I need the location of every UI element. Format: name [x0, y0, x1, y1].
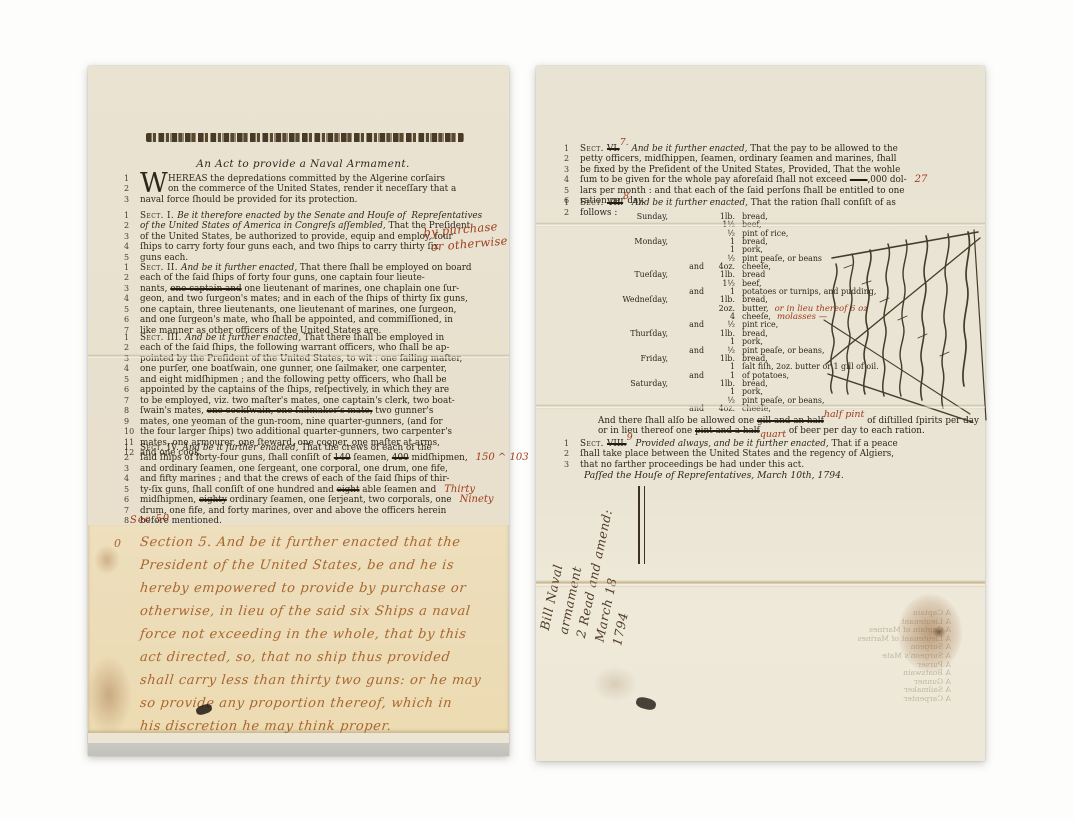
bleedthrough-lines: A CaptainA LieutenantA Captain of Marine…: [739, 583, 951, 703]
fold-crease: [536, 222, 985, 227]
paper-edge-strip: [88, 733, 509, 743]
text-line: 2petty officers, midſhippen, ſeamen, ord…: [564, 154, 927, 164]
section-2: 1Sect. II. And be it further enacted, Th…: [124, 263, 480, 336]
fold-crease: [536, 580, 985, 587]
photograph-of-document: An Act to provide a Naval Armament. W 1 …: [0, 0, 1074, 820]
section-5-handwritten-lines: Section 5. And be it further enacted tha…: [140, 531, 481, 738]
text-line: 1Sect. III. And be it further enacted, T…: [124, 333, 470, 343]
fold-crease: [536, 404, 985, 409]
section-3-lines: 1Sect. III. And be it further enacted, T…: [124, 333, 470, 458]
text-line: 1Sect. VI.7. And be it further enacted, …: [564, 144, 927, 154]
handwritten-line: hereby empowered to provide by purchase …: [139, 577, 483, 600]
handwritten-line: President of the United States, be and h…: [139, 554, 483, 577]
text-line: 4one purſer, one boatſwain, one gunner, …: [124, 364, 470, 374]
handwritten-line: otherwise, in lieu of the said six Ships…: [139, 600, 483, 623]
text-line: 5and eight midſhipmen ; and the followin…: [124, 375, 470, 385]
handwritten-line: force not exceeding in the whole, that b…: [139, 623, 483, 646]
docket-note-rotated: Bill Navalarmament2 Read and amend:March…: [536, 413, 672, 647]
bleedthrough-pay-list: A CaptainA LieutenantA Captain of Marine…: [739, 566, 951, 721]
handwritten-line: shall carry less than thirty two guns: o…: [139, 669, 483, 692]
text-line: 2each of the ſaid ſhips, the following w…: [124, 343, 470, 353]
fold-crease: [88, 354, 509, 359]
handwritten-line: Section 5. And be it further enacted tha…: [139, 531, 483, 554]
docket-note-lines: Bill Navalarmament2 Read and amend:March…: [536, 413, 672, 647]
text-line: 6and one ſurgeon's mate, who ſhall be ap…: [124, 315, 480, 325]
handwritten-line: so provide any proportion thereof, which…: [139, 692, 483, 715]
docket-flourish: [638, 486, 645, 564]
text-line: 5one captain, three lieutenants, one lie…: [124, 305, 480, 315]
ration-row: Sunday,1lb.bread,: [576, 213, 966, 221]
bleedthrough-line: A Carpenter: [739, 695, 951, 704]
text-line: 7to be employed, viz. two maſter's mates…: [124, 396, 470, 406]
margin-note-by-purchase: by purchase or otherwise: [423, 218, 508, 255]
printers-ornament-band: [146, 133, 464, 142]
act-title: An Act to provide a Naval Armament.: [138, 158, 468, 170]
stain: [86, 655, 132, 735]
section-3: 1Sect. III. And be it further enacted, T…: [124, 333, 470, 458]
text-line: 1Sect. I. Be it therefore enacted by the…: [124, 211, 490, 221]
text-line: 2 on the commerce of the United States, …: [124, 184, 464, 194]
text-line: 3naval force ſhould be provided for its …: [124, 195, 464, 205]
left-page: An Act to provide a Naval Armament. W 1 …: [88, 66, 509, 756]
section-2-lines: 1Sect. II. And be it further enacted, Th…: [124, 263, 480, 336]
ink-mark: [635, 696, 657, 712]
text-line: 3be fixed by the Preſident of the United…: [564, 165, 927, 175]
text-line: 4ſum to be given for the whole pay afore…: [564, 175, 927, 185]
right-page: 1Sect. VI.7. And be it further enacted, …: [536, 66, 985, 761]
handwritten-section-5-slip: 0 Section 5. And be it further enacted t…: [88, 525, 509, 733]
text-line: 2each of the ſaid ſhips of forty four gu…: [124, 273, 480, 283]
dropcap-w: W: [140, 173, 168, 195]
margin-mark: 0: [114, 537, 121, 550]
text-line: 6midſhipmen, eighty ordinary ſeamen, one…: [124, 495, 529, 505]
text-line: 1Sect. VII.8 And be it further enacted, …: [564, 198, 904, 208]
text-line: 10the four larger ſhips) two additional …: [124, 427, 470, 437]
preamble-lines: 1 HEREAS the depredations committed by t…: [124, 174, 464, 205]
section-4-lines: 1Sect. IV. And be it further enacted, Th…: [124, 443, 529, 527]
text-line: 2ſaid ſhips of forty-four guns, ſhall co…: [124, 453, 529, 463]
text-line: 7drum, one fife, and forty marines, over…: [124, 506, 529, 516]
text-line: 5lars per month : and that each of the ſ…: [564, 186, 927, 196]
text-line: 3and ordinary ſeamen, one ſergeant, one …: [124, 464, 529, 474]
text-line: 9mates, one yeoman of the gun-room, nine…: [124, 417, 470, 427]
text-line: 6appointed by the captains of the ſhips,…: [124, 385, 470, 395]
stain: [592, 666, 638, 702]
text-line: 3nants, one captain and one lieutenant o…: [124, 284, 480, 294]
text-line: 4geon, and two ſurgeon's mates; and in e…: [124, 294, 480, 304]
section-4: 1Sect. IV. And be it further enacted, Th…: [124, 443, 529, 527]
text-line: 1 HEREAS the depredations committed by t…: [124, 174, 464, 184]
handwritten-line: act directed, so, that no ship thus prov…: [139, 646, 483, 669]
table-edge-strip: [88, 743, 509, 756]
cross-out-strokes: [822, 224, 988, 432]
preamble-paragraph: W 1 HEREAS the depredations committed by…: [124, 174, 464, 205]
text-line: 8ſwain's mates, one cockſwain, one ſailm…: [124, 406, 470, 416]
